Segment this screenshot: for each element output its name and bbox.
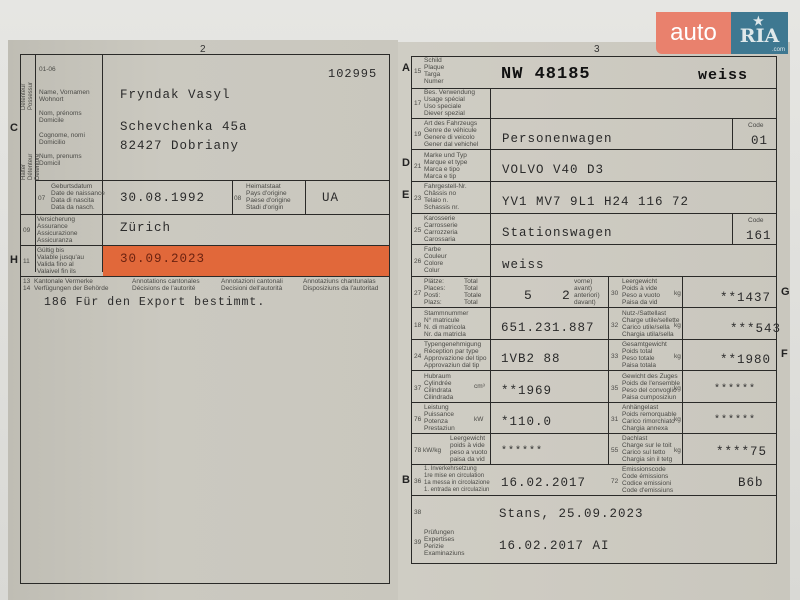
field-number: 33 (611, 353, 618, 360)
field-number: 07 (38, 195, 45, 202)
registration-page-left: 2 C Halter Détenteur Detentore Détenteur… (8, 40, 398, 600)
origin-label: Heimatstaat Pays d'origine Paese d'origi… (246, 183, 291, 211)
plate-label: Schild Plaque Targa Numer (424, 57, 444, 85)
trailer-load-label: Anhängelast Poids remorquable Carico rim… (622, 404, 677, 432)
valid-until: 30.09.2023 (120, 252, 205, 266)
birthdate: 30.08.1992 (120, 191, 205, 205)
holder-name: Fryndak Vasyl (120, 88, 231, 102)
holder-side-label: Halter Détenteur Detentore (21, 120, 42, 180)
vehicle-type: Personenwagen (502, 132, 613, 146)
field-number: 55 (611, 447, 618, 454)
train-weight-label: Gewicht des Zuges Poids de l'ensemble Pe… (622, 373, 680, 401)
country-of-origin: UA (322, 191, 339, 205)
page-number: 3 (594, 44, 600, 55)
section-letter-e: E (402, 189, 409, 201)
field-number: 08 (234, 195, 241, 202)
cantonal-note: 186 Für den Export bestimmt. (44, 296, 265, 309)
inspection: 16.02.2017 AI (499, 539, 610, 553)
name-label-de: Name, Vornamen Wohnort (39, 89, 90, 103)
unit-kg: kg (674, 385, 681, 392)
displacement-label: Hubraum Cylindrée Cilindrata Cilindrada (424, 373, 453, 401)
seats-front: 2 (562, 288, 571, 303)
roof-load: ****75 (716, 445, 767, 459)
vehicle-type-code: 01 (751, 134, 768, 148)
field-number: 17 (414, 100, 421, 107)
star-icon: ★ (753, 14, 764, 28)
chassis-number: YV1 MV7 9L1 H24 116 72 (502, 195, 689, 209)
vehicle-type-label: Art des Fahrzeugs Genre de véhicule Gene… (424, 120, 478, 148)
insurance-label: Versicherung Assurance Assicurazione Ass… (37, 216, 77, 244)
seats-label: Plätze: Places: Posti: Plazs: (424, 278, 445, 306)
document-number: 102995 (328, 67, 377, 81)
plate-number: NW 48185 (501, 65, 591, 84)
body-type: Stationswagen (502, 226, 613, 240)
unit-cm3: cm³ (474, 383, 485, 390)
empty-weight: **1437 (720, 291, 771, 305)
matricule-number: 651.231.887 (501, 321, 595, 335)
chassis-label: Fahrgestell-Nr. Châssis no Telaio n. Sch… (424, 183, 467, 211)
seats-front-label: vorne) avant) anteriori) davant) (574, 278, 600, 306)
field-number: 37 (414, 385, 421, 392)
field-number: 18 (414, 322, 421, 329)
power-label: Leistung Puissance Potenza Prestaziun (424, 404, 455, 432)
emission-code: B6b (738, 476, 764, 490)
color: weiss (502, 258, 545, 272)
unit-kg: kg (674, 447, 681, 454)
field-number: 19 (414, 131, 421, 138)
section-letter-f: F (781, 348, 788, 360)
field-number: 31 (611, 416, 618, 423)
section-letter-a: A (402, 62, 410, 74)
birthdate-label: Geburtsdatum Date de naissance Data di n… (51, 183, 105, 211)
section-letter-h: H (10, 254, 18, 266)
notes-header-de: Kantonale Vermerke Verfügungen der Behör… (34, 278, 108, 292)
empty-weight-label: Leergewicht Poids à vide Peso a vuoto Pa… (622, 278, 660, 306)
seats-total: 5 (524, 288, 533, 303)
first-registration: 16.02.2017 (501, 476, 586, 490)
make-model: VOLVO V40 D3 (502, 163, 604, 177)
inspection-label: Prüfungen Expertises Perizie Examinaziun… (424, 529, 464, 557)
color-label: Farbe Couleur Colore Colur (424, 246, 447, 274)
unit-kg: kg (674, 353, 681, 360)
field-number: 39 (414, 539, 421, 546)
logo-ria-block: ★ RIA .com (731, 12, 788, 54)
total-weight: **1980 (720, 353, 771, 367)
power: *110.0 (501, 415, 552, 429)
section-letter-c: C (10, 122, 18, 134)
power-weight-label: Leergewicht poids à vide peso a vuoto pa… (450, 435, 487, 463)
section-letter-b: B (402, 474, 410, 486)
field-number: 26 (414, 258, 421, 265)
unit-kg: kg (674, 416, 681, 423)
holder-side-label-2: Détenteur Possessur (21, 50, 35, 110)
code-label: Code (748, 122, 764, 129)
notes-header-it: Annotazioni cantonali Decisioni dell'aut… (221, 278, 283, 292)
body-code: 161 (746, 229, 772, 243)
section-letter-g: G (781, 286, 790, 298)
logo-domain-suffix: .com (772, 47, 785, 53)
field-number: 21 (414, 163, 421, 170)
seats-total-label: Total Total Totale Total (464, 278, 481, 306)
roof-load-label: Dachlast Charge sur le toit Carico sul t… (622, 435, 672, 463)
logo-auto-text: auto (656, 12, 731, 54)
unit-kg: kg (674, 290, 681, 297)
autoria-logo: auto ★ RIA .com (656, 12, 788, 54)
field-number: 35 (611, 385, 618, 392)
field-number: 38 (414, 509, 421, 516)
power-weight-ratio: ****** (501, 446, 543, 457)
place-and-date: Stans, 25.09.2023 (499, 507, 644, 521)
type-approval: 1VB2 88 (501, 352, 561, 366)
body-label: Karosserie Carrosserie Carrozzeria Caros… (424, 215, 458, 243)
first-registration-label: 1. Inverkehrsetzung 1re mise en circulat… (424, 466, 490, 494)
holder-street: Schevchenka 45a (120, 120, 248, 134)
valid-until-label: Gültig bis Valable jusqu'au Valida fino … (37, 247, 84, 275)
insurance: Zürich (120, 221, 171, 235)
notes-numbers: 13 14 (23, 278, 30, 292)
logo-ria-text: RIA (740, 25, 779, 47)
section-code: 01-06 (39, 66, 56, 73)
field-number: 72 (611, 478, 618, 485)
field-number: 27 (414, 290, 421, 297)
name-label-fr: Nom, prénoms Domicile (39, 110, 82, 124)
make-label: Marke und Typ Marque et type Marca e tip… (424, 152, 467, 180)
field-number: 76 (414, 416, 421, 423)
name-label-rm: Num, prenums Domicil (39, 153, 82, 167)
special-use-label: Bes. Verwendung Usage spécial Uso specia… (424, 89, 475, 117)
field-number: 15 (414, 68, 421, 75)
total-weight-label: Gesamtgewicht Poids total Peso totale Pa… (622, 341, 667, 369)
matricule-label: Stammnummer N° matricule N. di matricola… (424, 310, 468, 338)
name-label-it: Cognome, nomi Domicilio (39, 132, 85, 146)
field-number: 25 (414, 227, 421, 234)
plate-color: weiss (698, 67, 748, 84)
field-number: 11 (23, 258, 30, 265)
holder-city: 82427 Dobriany (120, 139, 239, 153)
field-number: 09 (23, 227, 30, 234)
train-weight: ****** (714, 384, 756, 395)
payload: ***543 (730, 322, 781, 336)
type-approval-label: Typengenehmigung Réception par type Appr… (424, 341, 487, 369)
field-number: 78 kW/kg (414, 447, 441, 454)
field-number: 32 (611, 322, 618, 329)
field-number: 36 (414, 478, 421, 485)
notes-header-fr: Annotations cantonales Décisions de l'au… (132, 278, 200, 292)
notes-header-rm: Annotaziuns chantunalas Disposiziuns da … (303, 278, 378, 292)
code-label: Code (748, 217, 764, 224)
unit-kw: kW (474, 416, 483, 423)
payload-label: Nutz-/Sattellast Charge utile/sellette C… (622, 310, 679, 338)
field-number: 24 (414, 353, 421, 360)
unit-kg: kg (674, 322, 681, 329)
trailer-load: ****** (714, 415, 756, 426)
field-number: 30 (611, 290, 618, 297)
displacement: **1969 (501, 384, 552, 398)
registration-page-right: 3 A 15 Schild Plaque Targa Numer NW 4818… (398, 42, 790, 600)
field-number: 23 (414, 195, 421, 202)
emission-code-label: Emissionscode Code émissions Codice emis… (622, 466, 673, 494)
section-letter-d: D (402, 157, 410, 169)
